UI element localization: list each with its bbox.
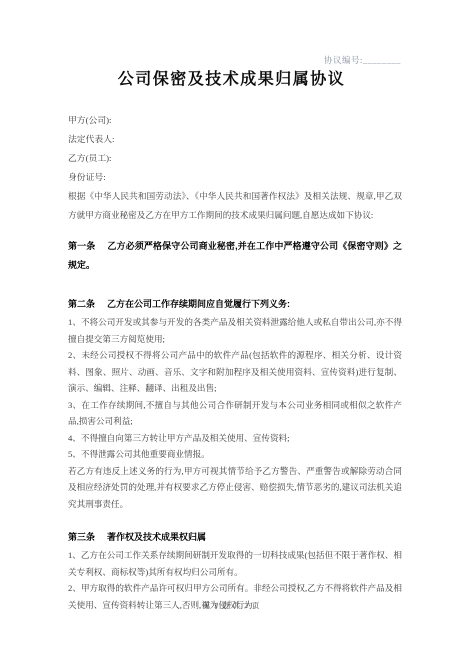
document-page: 协议编号:________ 公司保密及技术成果归属协议 甲方(公司): 法定代表… <box>0 0 463 655</box>
legal-representative-line: 法定代表人: <box>68 130 402 149</box>
article-2-heading: 第二条乙方在公司工作存续期间应自觉履行下列义务: <box>68 295 402 314</box>
article-2-clause-5: 5、不得泄露公司其他重要商业情报。 <box>68 446 402 463</box>
article-3-number: 第三条 <box>68 532 95 542</box>
article-3-heading: 第三条著作权及技术成果权归属 <box>68 528 402 547</box>
article-2-clause-4: 4、不得擅自向第三方转让甲方产品及相关使用、宣传资料; <box>68 430 402 447</box>
article-2: 第二条乙方在公司工作存续期间应自觉履行下列义务: 1、不将公司开发或其参与开发的… <box>68 295 402 512</box>
id-number-line: 身份证号: <box>68 168 402 187</box>
article-1-heading: 第一条乙方必须严格保守公司商业秘密,并在工作中严格遵守公司《保密守则》之规定。 <box>68 237 402 275</box>
article-3-title: 著作权及技术成果权归属 <box>107 532 206 542</box>
article-2-clause-3: 3、在工作存续期间,不擅自与其他公司合作研制开发与本公司业务相同或相似之软件产品… <box>68 397 402 430</box>
article-3-clause-1: 1、乙方在公司工作关系存续期间研制开发取得的一切科技成果(包括但不限于著作权、相… <box>68 547 402 580</box>
article-2-clause-1: 1、不将公司开发或其参与开发的各类产品及相关资料泄露给他人或私自带出公司,亦不得… <box>68 314 402 347</box>
document-title: 公司保密及技术成果归属协议 <box>0 66 463 89</box>
article-2-closing-paragraph: 若乙方有违反上述义务的行为,甲方可视其情节给予乙方警告、严重警告或解除劳动合同及… <box>68 463 402 513</box>
article-1-number: 第一条 <box>68 241 95 251</box>
article-2-number: 第二条 <box>68 299 95 309</box>
article-2-clause-2: 2、未经公司授权不得将公司产品中的软件产品(包括软件的源程序、相关分析、设计资料… <box>68 347 402 397</box>
preamble-paragraph: 根据《中华人民共和国劳动法》、《中华人民共和国著作权法》及相关法规、规章,甲乙双… <box>68 187 402 225</box>
agreement-number-field: 协议编号:________ <box>324 54 401 66</box>
article-2-title: 乙方在公司工作存续期间应自觉履行下列义务: <box>107 299 290 309</box>
page-number-footer: 第 1 页 共 2 页 <box>0 600 463 611</box>
article-1: 第一条乙方必须严格保守公司商业秘密,并在工作中严格遵守公司《保密守则》之规定。 <box>68 237 402 275</box>
party-b-line: 乙方(员工): <box>68 149 402 168</box>
article-1-title: 乙方必须严格保守公司商业秘密,并在工作中严格遵守公司《保密守则》之规定。 <box>68 241 402 270</box>
document-body: 甲方(公司): 法定代表人: 乙方(员工): 身份证号: 根据《中华人民共和国劳… <box>68 111 402 613</box>
party-a-line: 甲方(公司): <box>68 111 402 130</box>
